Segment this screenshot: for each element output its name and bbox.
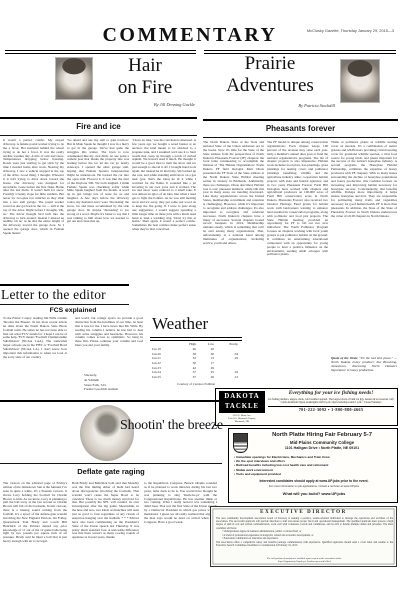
prairie-adventures-title-line2: Adventures (205, 75, 335, 97)
dakota-tackle-ad: DAKOTA TACKLE 3201 E. Main Ave. Exit 161… (215, 388, 398, 426)
up-ad-bullet: Tools and equipment provided (234, 472, 394, 476)
letter-column-1: To the Editor: I enjoy reading Jim Wills… (3, 317, 67, 393)
prairie-adventures-byline: By Patricia Stockdill (205, 103, 335, 108)
deflate-column-3: to the Republican Congress. Barack Obama… (144, 482, 217, 567)
pheasants-forever-headline: Pheasants forever (203, 124, 398, 133)
jill-denning-gackle-photo (55, 57, 93, 100)
dakota-ad-phone: 701-222-3092 • 1-800-880-4665 (268, 406, 394, 413)
section-label: COMMENTARY (83, 24, 297, 47)
executive-director-body: The area community development associati… (216, 517, 393, 547)
deflate-column-2: Both Brady and Belichick both said that … (72, 482, 139, 567)
divider-rule (0, 400, 222, 402)
folio-line: McClusky Gazette, Thursday January 29, 2… (307, 28, 394, 33)
hair-on-fire-title: Hair on Fire (95, 55, 195, 99)
prairie-adventures-title-line1: Prairie (205, 53, 335, 75)
weather-col-header: Low (196, 342, 214, 346)
executive-director-heading: EXECUTIVE DIRECTOR (211, 510, 396, 515)
up-ad-venue: Mid Plains Community College (249, 440, 395, 445)
dakota-ad-body: Ice fishing shelters, augers, sleds, col… (268, 398, 394, 404)
deflate-gate-headline: Deflate gate raging (0, 467, 222, 476)
dakota-tackle-address: 3201 E. Main Ave. Exit 161, Bismarck Exp… (219, 414, 265, 423)
divider-rule (203, 119, 398, 121)
up-ad-tagline: What will you build? www.UP.jobs (233, 491, 395, 496)
fire-and-ice-column-2: 'Go ahead and use my stall to gain tract… (67, 139, 129, 281)
patricia-stockdill-photo (340, 59, 380, 103)
hair-on-fire-byline: By Jill Denning Gackle (95, 102, 195, 107)
newspaper-commentary-page: McClusky Gazette, Thursday January 29, 2… (0, 0, 400, 600)
header-rule-left (5, 50, 196, 54)
divider-rule (0, 117, 197, 119)
fire-and-ice-column-3: 'I have an idea,' was his conclusion rei… (132, 139, 196, 312)
weather-headline: Weather (152, 314, 208, 334)
union-pacific-shield-icon (233, 433, 248, 453)
hair-on-fire-title-line2: on Fire (95, 77, 195, 99)
up-ad-address: 1101 Halligan Drive • North Platte, NE 6… (249, 446, 395, 450)
weather-credit: Courtesy of Candace Pallman (150, 382, 242, 386)
weather-col-header: Precip (214, 342, 238, 346)
fire-and-ice-column-1: It wasn't a perfect combo. My sloped dri… (3, 139, 64, 281)
weather-row: Jan 243725.19 (152, 370, 240, 375)
pheasants-column-2: The PF model is unique among conservatio… (267, 141, 328, 385)
executive-director-bullets: Undergraduate degree in business adminis… (222, 530, 393, 540)
up-ad-heading: North Platte Hiring Fair February 5-7 (249, 432, 395, 438)
weather-row: Jan 203930.34 (152, 351, 240, 356)
weather-rule (150, 337, 242, 341)
letter-column-2: and world, but college sports do provide… (75, 317, 143, 373)
fire-and-ice-headline: Fire and ice (0, 122, 197, 131)
executive-director-ad: EXECUTIVE DIRECTOR The area community de… (210, 506, 397, 567)
quote-of-the-week: Quote of the Week: "It's the last best p… (331, 356, 397, 372)
divider-rule (0, 284, 129, 286)
executive-director-footer: The full position description is availab… (216, 557, 393, 563)
weather-row: Jan 253726.13 (152, 375, 240, 380)
dakota-tackle-logo: DAKOTA TACKLE (219, 391, 265, 413)
dakota-tackle-copy: Everything for your ice fishing needs! I… (268, 391, 394, 412)
letter-signature: Sincerely, Al Schmidt Sioux Falls, S.D. … (84, 373, 144, 392)
fcs-explained-subhead: FCS explained (0, 307, 146, 314)
up-ad-bullet-list: Immediate openings for Electricians, Mec… (234, 455, 394, 476)
divider-rule (0, 304, 129, 305)
hair-on-fire-title-line1: Hair (95, 55, 195, 77)
letter-to-editor-headline: Letter to the editor (1, 287, 129, 303)
up-ad-apply-line: Interested candidates should apply at ww… (233, 479, 395, 483)
up-ad-info-line: For more information on job applications… (233, 485, 395, 488)
prairie-adventures-title: Prairie Adventures (205, 53, 335, 97)
pheasants-column-3: Think of pollinator plants as wildlife n… (331, 141, 397, 354)
pheasants-column-1: The North Dakota State of the State and … (203, 141, 264, 310)
divider-rule (0, 463, 222, 464)
weather-col-header: High (178, 342, 196, 346)
union-pacific-hiring-ad: North Platte Hiring Fair February 5-7 Mi… (228, 428, 398, 503)
dakota-logo-line1: DAKOTA (219, 392, 265, 402)
dakota-ad-headline: Everything for your ice fishing needs! (268, 391, 394, 397)
dakota-logo-line2: TACKLE (219, 402, 265, 412)
weather-table: High Low Precip Jan 194020 Jan 203930.34… (152, 342, 240, 380)
shootin-the-breeze-title: Shootin' the breeze (120, 418, 223, 434)
signature-line: Former Goodrich resident (84, 387, 144, 392)
weather-row: Jan 213213.19 (152, 356, 240, 361)
deflate-column-1: The cartoon on the editorial page of Fri… (3, 482, 67, 567)
divider-rule (203, 137, 398, 138)
divider-rule (0, 135, 197, 136)
